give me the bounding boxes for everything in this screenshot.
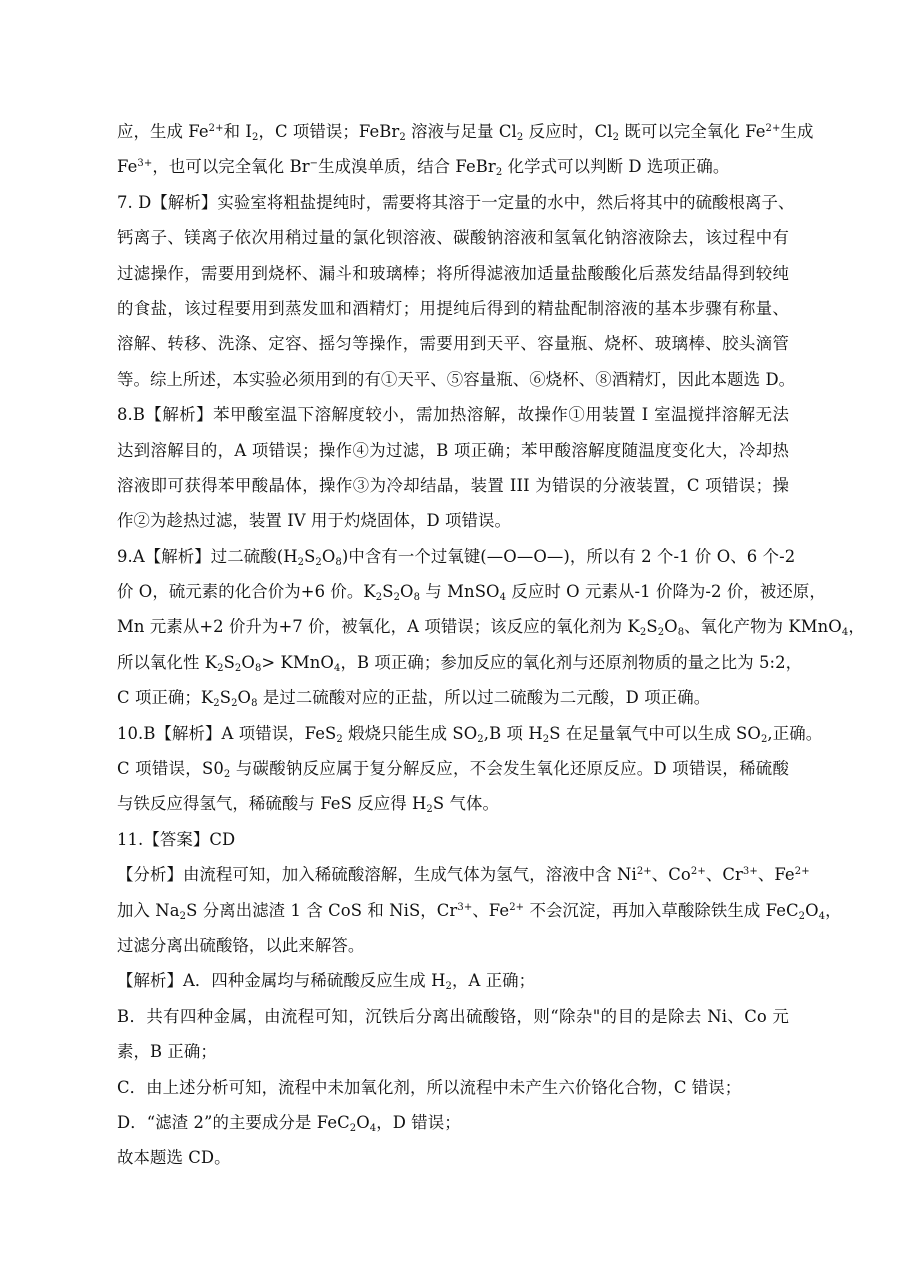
text-line: B．共有四种金属，由流程可知，沉铁后分离出硫酸铬，则“除杂"的目的是除去 Ni、… [117,999,789,1034]
text-line: 所以氧化性 K2S2O8> KMnO4，B 项正确；参加反应的氧化剂与还原剂物质… [117,645,789,680]
text-line: 素，B 正确； [117,1034,789,1069]
text-line: 8.B【解析】苯甲酸室温下溶解度较小，需加热溶解，故操作①用装置 I 室温搅拌溶… [117,397,789,432]
text-line: 过滤分离出硫酸铬，以此来解答。 [117,928,789,963]
text-line: 价 O，硫元素的化合价为+6 价。K2S2O8 与 MnSO4 反应时 O 元素… [117,574,789,609]
text-line: 故本题选 CD。 [117,1140,789,1175]
text-line: C 项错误，S02 与碳酸钠反应属于复分解反应，不会发生氧化还原反应。D 项错误… [117,751,789,786]
text-line: 溶液即可获得苯甲酸晶体，操作③为冷却结晶，装置 III 为错误的分液装置，C 项… [117,468,789,503]
text-line: 钙离子、镁离子依次用稍过量的氯化钡溶液、碳酸钠溶液和氢氧化钠溶液除去，该过程中有 [117,220,789,255]
text-line: 【分析】由流程可知，加入稀硫酸溶解，生成气体为氢气，溶液中含 Ni2+、Co2+… [117,857,789,892]
text-line: 溶解、转移、洗涤、定容、摇匀等操作，需要用到天平、容量瓶、烧杯、玻璃棒、胶头滴管 [117,326,789,361]
text-line: 【解析】A．四种金属均与稀硫酸反应生成 H2，A 正确； [117,963,789,998]
text-line: D．“滤渣 2”的主要成分是 FeC2O4，D 错误； [117,1105,789,1140]
text-line: Mn 元素从+2 价升为+7 价，被氧化，A 项错误；该反应的氧化剂为 K2S2… [117,609,789,644]
text-line: 达到溶解目的，A 项错误；操作④为过滤，B 项正确；苯甲酸溶解度随温度变化大，冷… [117,433,789,468]
text-line: 等。综上所述，本实验必须用到的有①天平、⑤容量瓶、⑥烧杯、⑧酒精灯，因此本题选 … [117,362,789,397]
document-page: 应，生成 Fe2+和 I2，C 项错误；FeBr2 溶液与足量 Cl2 反应时，… [117,114,789,1176]
text-line: 与铁反应得氢气，稀硫酸与 FeS 反应得 H2S 气体。 [117,786,789,821]
text-line: C 项正确；K2S2O8 是过二硫酸对应的正盐，所以过二硫酸为二元酸，D 项正确… [117,680,789,715]
text-line: C．由上述分析可知，流程中未加氧化剂，所以流程中未产生六价铬化合物，C 错误； [117,1070,789,1105]
text-line: 应，生成 Fe2+和 I2，C 项错误；FeBr2 溶液与足量 Cl2 反应时，… [117,114,789,149]
text-line: 加入 Na2S 分离出滤渣 1 含 CoS 和 NiS，Cr3+、Fe2+ 不会… [117,893,789,928]
text-line: 9.A【解析】过二硫酸(H2S2O8)中含有一个过氧键(—O—O—)，所以有 2… [117,539,789,574]
text-line: 10.B【解析】A 项错误，FeS2 煅烧只能生成 SO2,B 项 H2S 在足… [117,716,789,751]
text-line: Fe3+，也可以完全氧化 Br−生成溴单质，结合 FeBr2 化学式可以判断 D… [117,149,789,184]
text-line: 11.【答案】CD [117,822,789,857]
text-line: 作②为趁热过滤，装置 IV 用于灼烧固体，D 项错误。 [117,503,789,538]
text-line: 的食盐，该过程要用到蒸发皿和酒精灯；用提纯后得到的精盐配制溶液的基本步骤有称量、 [117,291,789,326]
text-line: 7. D【解析】实验室将粗盐提纯时，需要将其溶于一定量的水中，然后将其中的硫酸根… [117,185,789,220]
text-line: 过滤操作，需要用到烧杯、漏斗和玻璃棒；将所得滤液加适量盐酸酸化后蒸发结晶得到较纯 [117,256,789,291]
